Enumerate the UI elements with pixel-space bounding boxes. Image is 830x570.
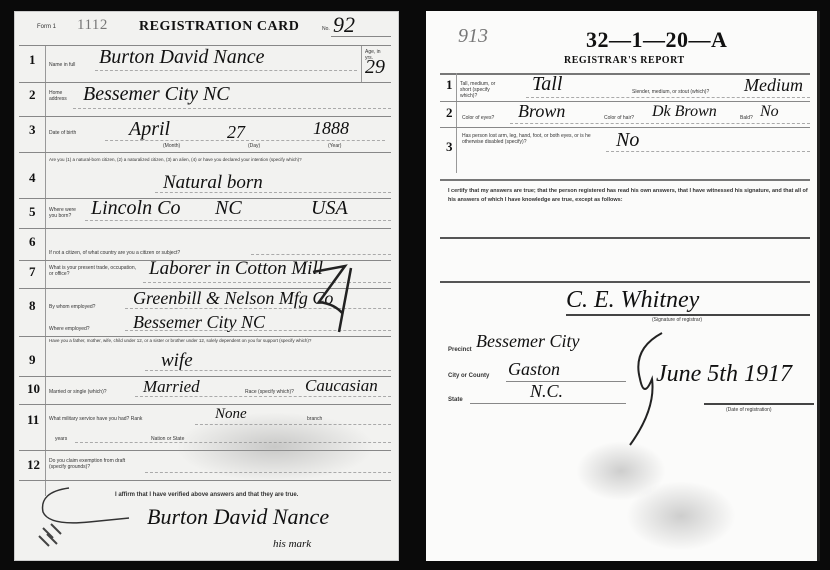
- report-title: REGISTRAR'S REPORT: [564, 55, 685, 66]
- serial-number: 92: [333, 12, 355, 38]
- age-value: 29: [365, 56, 385, 79]
- form-label: Form 1: [37, 24, 56, 30]
- registrars-report-card: 913 32—1—20—A REGISTRAR'S REPORT 1 Tall,…: [426, 11, 820, 561]
- precinct-value: Bessemer City: [476, 331, 579, 352]
- pencil-mark-icon: [305, 262, 365, 342]
- smudge: [175, 412, 375, 482]
- employer-value: Greenbill & Nelson Mfg Co: [133, 288, 333, 309]
- county-value: Gaston: [508, 359, 560, 380]
- registration-card: Form 1 1112 REGISTRATION CARD No. 92 1 N…: [14, 11, 399, 561]
- disability-value: No: [616, 129, 639, 152]
- citizenship-value: Natural born: [163, 172, 263, 194]
- name-value: Burton David Nance: [99, 46, 265, 69]
- registrant-signature: Burton David Nance: [147, 504, 329, 530]
- birth-town: Lincoln Co: [91, 197, 180, 220]
- certification-text: I certify that my answers are true; that…: [448, 187, 808, 205]
- affirmation-text: I affirm that I have verified above answ…: [115, 492, 298, 498]
- home-address-value: Bessemer City NC: [83, 83, 230, 106]
- birth-nation: USA: [311, 197, 348, 220]
- corner-flourish-icon: [29, 482, 139, 552]
- eye-color-value: Brown: [518, 101, 565, 122]
- stamp-number: 913: [458, 25, 488, 48]
- no-label: No.: [322, 26, 330, 32]
- birth-state: NC: [215, 197, 242, 220]
- occupation-value: Laborer in Cotton Mill: [149, 258, 323, 280]
- signature-mark: his mark: [273, 538, 311, 550]
- state-value: N.C.: [530, 381, 563, 402]
- race-value: Caucasian: [305, 376, 378, 396]
- card-title: REGISTRATION CARD: [139, 19, 299, 35]
- bald-value: No: [760, 103, 779, 121]
- date-flourish-icon: [622, 329, 682, 449]
- registrar-signature-label: (Signature of registrar): [652, 317, 702, 323]
- build-value: Medium: [744, 75, 803, 96]
- registration-date-label: (Date of registration): [726, 407, 772, 413]
- registrar-signature: C. E. Whitney: [566, 287, 699, 314]
- marital-value: Married: [143, 377, 200, 397]
- height-value: Tall: [532, 73, 562, 96]
- registration-date: June 5th 1917: [656, 361, 792, 388]
- birth-month: April: [129, 118, 170, 141]
- dependents-value: wife: [161, 350, 193, 372]
- report-code: 32—1—20—A: [586, 27, 727, 53]
- form-number: 1112: [77, 17, 108, 34]
- stain: [626, 481, 736, 551]
- birth-year: 1888: [313, 118, 349, 139]
- hair-color-value: Dk Brown: [652, 103, 717, 121]
